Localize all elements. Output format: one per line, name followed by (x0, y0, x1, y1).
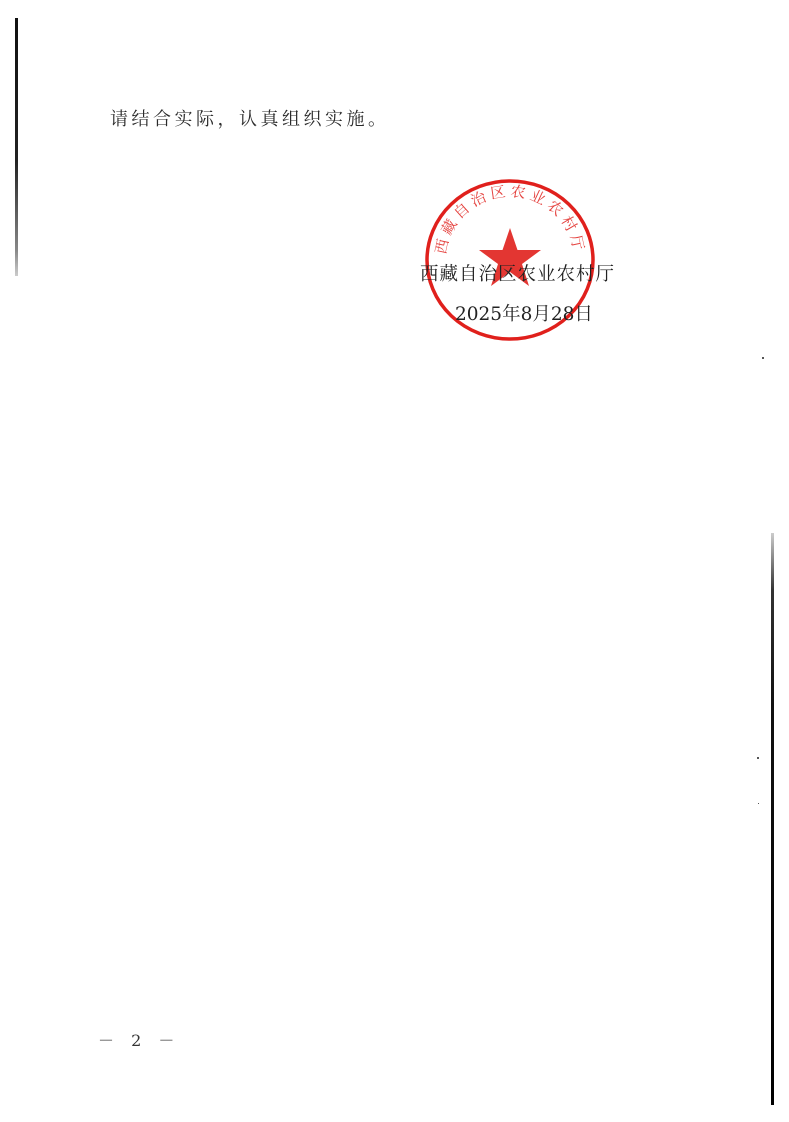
body-paragraph: 请结合实际，认真组织实施。 (110, 105, 390, 131)
page-number: － 2 － (98, 1028, 180, 1051)
scan-edge-right (771, 533, 774, 1105)
scan-speck (758, 803, 759, 804)
issue-date: 2025年8月28日 (455, 300, 593, 326)
scan-speck (762, 357, 764, 359)
scan-edge-left (15, 18, 18, 276)
scan-speck (757, 757, 759, 759)
issuer-name: 西藏自治区农业农村厅 (420, 260, 615, 286)
